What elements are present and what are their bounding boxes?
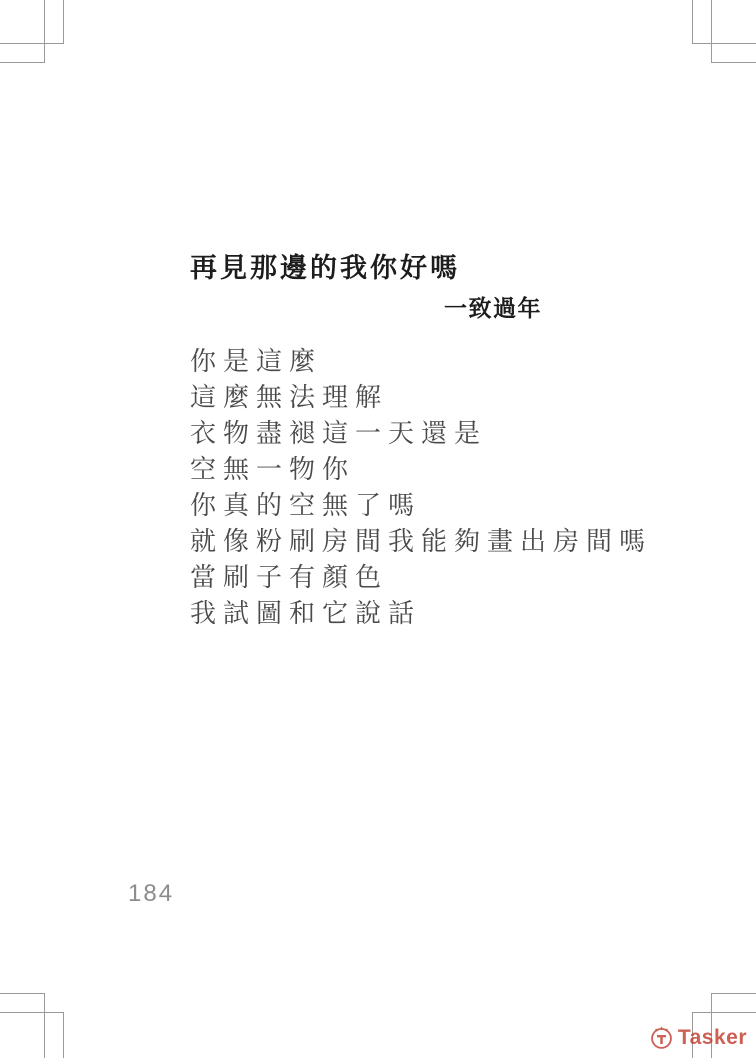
poem-title: 再見那邊的我你好嗎 [190, 246, 460, 285]
book-page: 再見那邊的我你好嗎 一致過年 你是這麼 這麼無法理解 衣物盡褪這一天還是 空無一… [0, 0, 756, 1058]
poem-line: 就像粉刷房間我能夠畫出房間嗎 [190, 524, 652, 560]
tasker-watermark: Tasker [648, 1024, 747, 1051]
poem-line: 當刷子有顏色 [190, 560, 652, 596]
circled-t-logo-icon [648, 1024, 675, 1051]
crop-mark-top-right-outer [692, 0, 756, 44]
poem-body: 你是這麼 這麼無法理解 衣物盡褪這一天還是 空無一物你 你真的空無了嗎 就像粉刷… [190, 344, 652, 632]
poem-line: 你真的空無了嗎 [190, 488, 652, 524]
poem-dedication: 一致過年 [444, 290, 542, 323]
poem-line: 空無一物你 [190, 452, 652, 488]
poem-line: 這麼無法理解 [190, 380, 652, 416]
poem-line: 你是這麼 [190, 344, 652, 380]
crop-mark-bottom-left-outer [0, 1012, 64, 1058]
brand-name: Tasker [678, 1027, 747, 1048]
crop-mark-top-left-outer [0, 0, 64, 44]
poem-line: 衣物盡褪這一天還是 [190, 416, 652, 452]
poem-line: 我試圖和它說話 [190, 596, 652, 632]
page-number: 184 [128, 880, 174, 908]
